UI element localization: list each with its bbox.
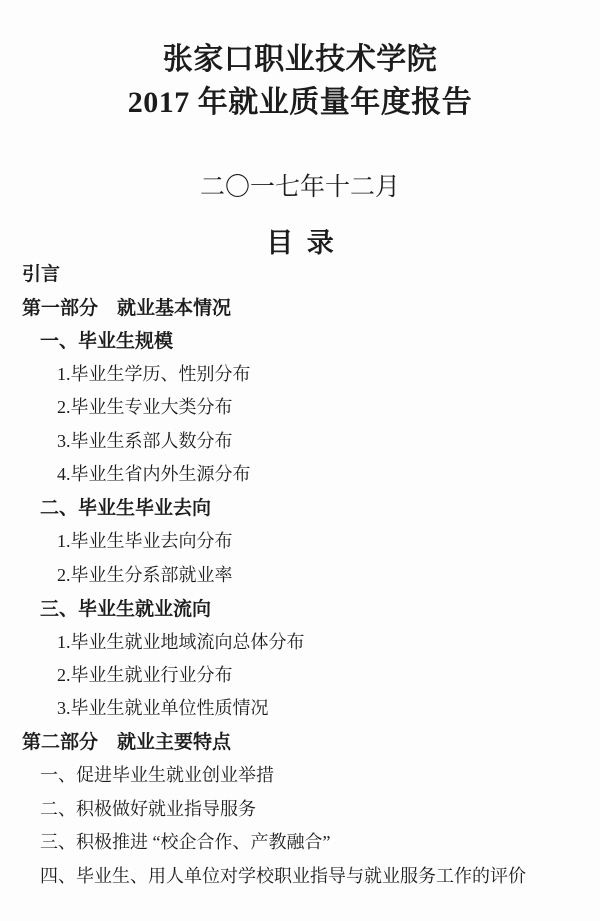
toc-item-p2-sec3: 三、积极推进 “校企合作、产教融合” bbox=[0, 824, 600, 857]
toc-item: 2.毕业生专业大类分布 bbox=[0, 390, 600, 423]
toc-item-part2: 第二部分 就业主要特点 bbox=[0, 724, 600, 757]
toc-item: 4.毕业生省内外生源分布 bbox=[0, 457, 600, 490]
toc-item-p1-sec3: 三、毕业生就业流向 bbox=[0, 590, 600, 623]
toc-item: 3.毕业生系部人数分布 bbox=[0, 423, 600, 456]
toc-item-intro: 引言 bbox=[0, 256, 600, 289]
toc-item: 2.毕业生分系部就业率 bbox=[0, 557, 600, 590]
document-page: 张家口职业技术学院 2017 年就业质量年度报告 二〇一七年十二月 目 录 引言… bbox=[0, 0, 600, 921]
document-title: 张家口职业技术学院 2017 年就业质量年度报告 bbox=[0, 38, 600, 124]
toc-item-p2-sec2: 二、积极做好就业指导服务 bbox=[0, 791, 600, 824]
toc-item-p2-sec1: 一、促进毕业生就业创业举措 bbox=[0, 758, 600, 791]
toc-item: 2.毕业生就业行业分布 bbox=[0, 657, 600, 690]
toc-item: 3.毕业生就业单位性质情况 bbox=[0, 691, 600, 724]
toc-item: 1.毕业生学历、性别分布 bbox=[0, 356, 600, 389]
toc-item-p2-sec4: 四、毕业生、用人单位对学校职业指导与就业服务工作的评价 bbox=[0, 858, 600, 891]
document-date: 二〇一七年十二月 bbox=[0, 167, 600, 203]
toc-item-p1-sec2: 二、毕业生毕业去向 bbox=[0, 490, 600, 523]
toc-item-part1: 第一部分 就业基本情况 bbox=[0, 289, 600, 322]
toc-item: 1.毕业生毕业去向分布 bbox=[0, 524, 600, 557]
toc-item: 1.毕业生就业地域流向总体分布 bbox=[0, 624, 600, 657]
document-title-line2: 2017 年就业质量年度报告 bbox=[0, 81, 600, 124]
toc-item-p1-sec1: 一、毕业生规模 bbox=[0, 323, 600, 356]
table-of-contents: 引言 第一部分 就业基本情况 一、毕业生规模 1.毕业生学历、性别分布 2.毕业… bbox=[0, 256, 600, 891]
toc-heading: 目 录 bbox=[0, 221, 600, 260]
document-title-line1: 张家口职业技术学院 bbox=[0, 38, 600, 81]
